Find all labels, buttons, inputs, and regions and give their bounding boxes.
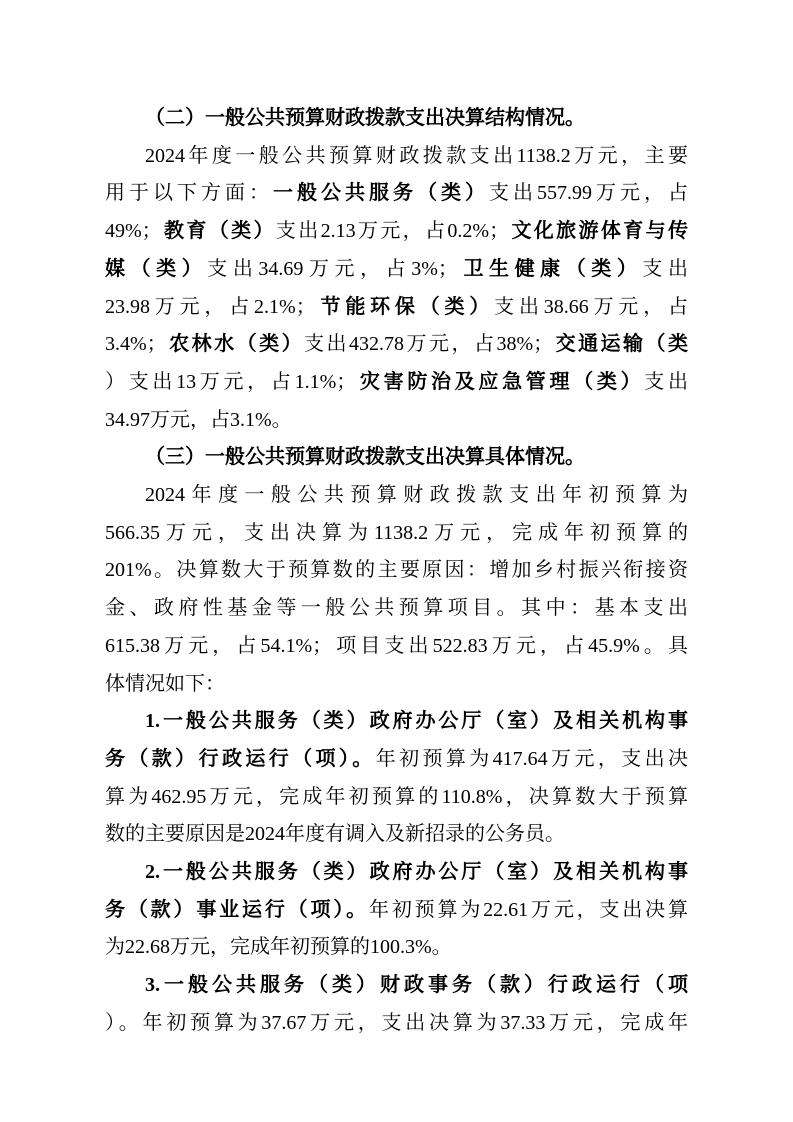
text-line: 49%；教育（类）支出2.13万元，占0.2%；文化旅游体育与传	[105, 213, 688, 251]
text-run: 数的主要原因是2024年度有调入及新招录的公务员。	[105, 823, 565, 845]
text-run: 支出432.78万元，占38%；	[304, 333, 553, 355]
text-run: 用于以下方面：	[105, 182, 273, 204]
text-run: 3.4%；	[105, 333, 167, 355]
text-run-bold: 教育（类）	[162, 220, 276, 242]
text-line: 2024年度一般公共预算财政拨款支出年初预算为	[105, 477, 688, 515]
text-run: 2024年度一般公共预算财政拨款支出1138.2万元，主要	[145, 145, 688, 167]
text-run-bold: 一般公共服务（类）	[273, 182, 489, 204]
text-line: 2.一般公共服务（类）政府办公厅（室）及相关机构事	[105, 854, 688, 892]
text-run: 金、政府性基金等一般公共预算项目。其中：基本支出	[105, 597, 688, 619]
text-run-bold: 务（款）行政运行（项）。	[105, 748, 376, 770]
text-line: 615.38万元，占54.1%；项目支出522.83万元，占45.9%。具	[105, 628, 688, 666]
text-line: 务（款）行政运行（项）。年初预算为417.64万元，支出决	[105, 741, 688, 779]
text-run: 体情况如下：	[105, 673, 225, 695]
text-run: ）。年初预算为37.67万元，支出决算为37.33万元，完成年	[105, 1012, 688, 1034]
text-run: 支出38.66万元，占	[494, 296, 688, 318]
text-run-bold: 交通运输（类	[553, 333, 688, 355]
text-run: 年初预算为417.64万元，支出决	[376, 748, 688, 770]
text-line: 566.35万元，支出决算为1138.2万元，完成年初预算的	[105, 515, 688, 553]
text-run-bold: 2.一般公共服务（类）政府办公厅（室）及相关机构事	[145, 861, 688, 883]
text-run: 算为462.95万元，完成年初预算的110.8%，决算数大于预算	[105, 786, 688, 808]
text-line: 201%。决算数大于预算数的主要原因：增加乡村振兴衔接资	[105, 552, 688, 590]
text-run-bold: 灾害防治及应急管理（类）	[356, 371, 644, 393]
text-run-bold: 务（款）事业运行（项）。	[105, 899, 369, 921]
text-run-bold: 节能环保（类）	[316, 296, 494, 318]
text-run-bold: 1.一般公共服务（类）政府办公厅（室）及相关机构事	[145, 710, 688, 732]
text-run: 支出34.69万元，占3%；	[207, 258, 458, 280]
text-line: 金、政府性基金等一般公共预算项目。其中：基本支出	[105, 590, 688, 628]
text-run: 支出	[642, 258, 688, 280]
text-line: ）。年初预算为37.67万元，支出决算为37.33万元，完成年	[105, 1005, 688, 1043]
text-run-bold: 文化旅游体育与传	[509, 220, 688, 242]
text-line: 1.一般公共服务（类）政府办公厅（室）及相关机构事	[105, 703, 688, 741]
text-line: 体情况如下：	[105, 666, 688, 704]
text-run: 支出2.13万元，占0.2%；	[276, 220, 509, 242]
text-run-bold: 3.一般公共服务（类）财政事务（款）行政运行（项	[145, 974, 688, 996]
text-run-bold: （二）一般公共预算财政拨款支出决算结构情况。	[145, 107, 585, 129]
text-run: 2024年度一般公共预算财政拨款支出年初预算为	[145, 484, 688, 506]
text-run: ）支出13万元，占1.1%；	[105, 371, 356, 393]
text-run: 566.35万元，支出决算为1138.2万元，完成年初预算的	[105, 522, 688, 544]
text-line: 3.一般公共服务（类）财政事务（款）行政运行（项	[105, 967, 688, 1005]
text-line: 23.98万元，占2.1%；节能环保（类）支出38.66万元，占	[105, 289, 688, 327]
text-run: 615.38万元，占54.1%；项目支出522.83万元，占45.9%。具	[105, 635, 688, 657]
text-run-bold: 农林水（类）	[167, 333, 304, 355]
text-run: 支出557.99万元，占	[489, 182, 688, 204]
heading-line: （三）一般公共预算财政拨款支出决算具体情况。	[105, 439, 688, 477]
text-line: 数的主要原因是2024年度有调入及新招录的公务员。	[105, 816, 688, 854]
text-line: 34.97万元，占3.1%。	[105, 402, 688, 440]
heading-line: （二）一般公共预算财政拨款支出决算结构情况。	[105, 100, 688, 138]
text-run: 34.97万元，占3.1%。	[105, 409, 292, 431]
text-line: 务（款）事业运行（项）。年初预算为22.61万元，支出决算	[105, 892, 688, 930]
document-page: （二）一般公共预算财政拨款支出决算结构情况。2024年度一般公共预算财政拨款支出…	[0, 0, 793, 1122]
text-line: 用于以下方面：一般公共服务（类）支出557.99万元，占	[105, 175, 688, 213]
text-run-bold: 媒（类）	[105, 258, 207, 280]
text-run: 201%。决算数大于预算数的主要原因：增加乡村振兴衔接资	[105, 559, 688, 581]
text-line: ）支出13万元，占1.1%；灾害防治及应急管理（类）支出	[105, 364, 688, 402]
text-line: 为22.68万元，完成年初预算的100.3%。	[105, 929, 688, 967]
document-body: （二）一般公共预算财政拨款支出决算结构情况。2024年度一般公共预算财政拨款支出…	[105, 100, 688, 1043]
text-run: 支出	[644, 371, 688, 393]
text-run: 23.98万元，占2.1%；	[105, 296, 316, 318]
text-run: 年初预算为22.61万元，支出决算	[369, 899, 688, 921]
text-line: 媒（类）支出34.69万元，占3%；卫生健康（类）支出	[105, 251, 688, 289]
text-run: 为22.68万元，完成年初预算的100.3%。	[105, 936, 452, 958]
text-line: 3.4%；农林水（类）支出432.78万元，占38%；交通运输（类	[105, 326, 688, 364]
text-line: 2024年度一般公共预算财政拨款支出1138.2万元，主要	[105, 138, 688, 176]
text-run: 49%；	[105, 220, 162, 242]
text-run-bold: 卫生健康（类）	[458, 258, 643, 280]
text-run-bold: （三）一般公共预算财政拨款支出决算具体情况。	[145, 446, 585, 468]
text-line: 算为462.95万元，完成年初预算的110.8%，决算数大于预算	[105, 779, 688, 817]
